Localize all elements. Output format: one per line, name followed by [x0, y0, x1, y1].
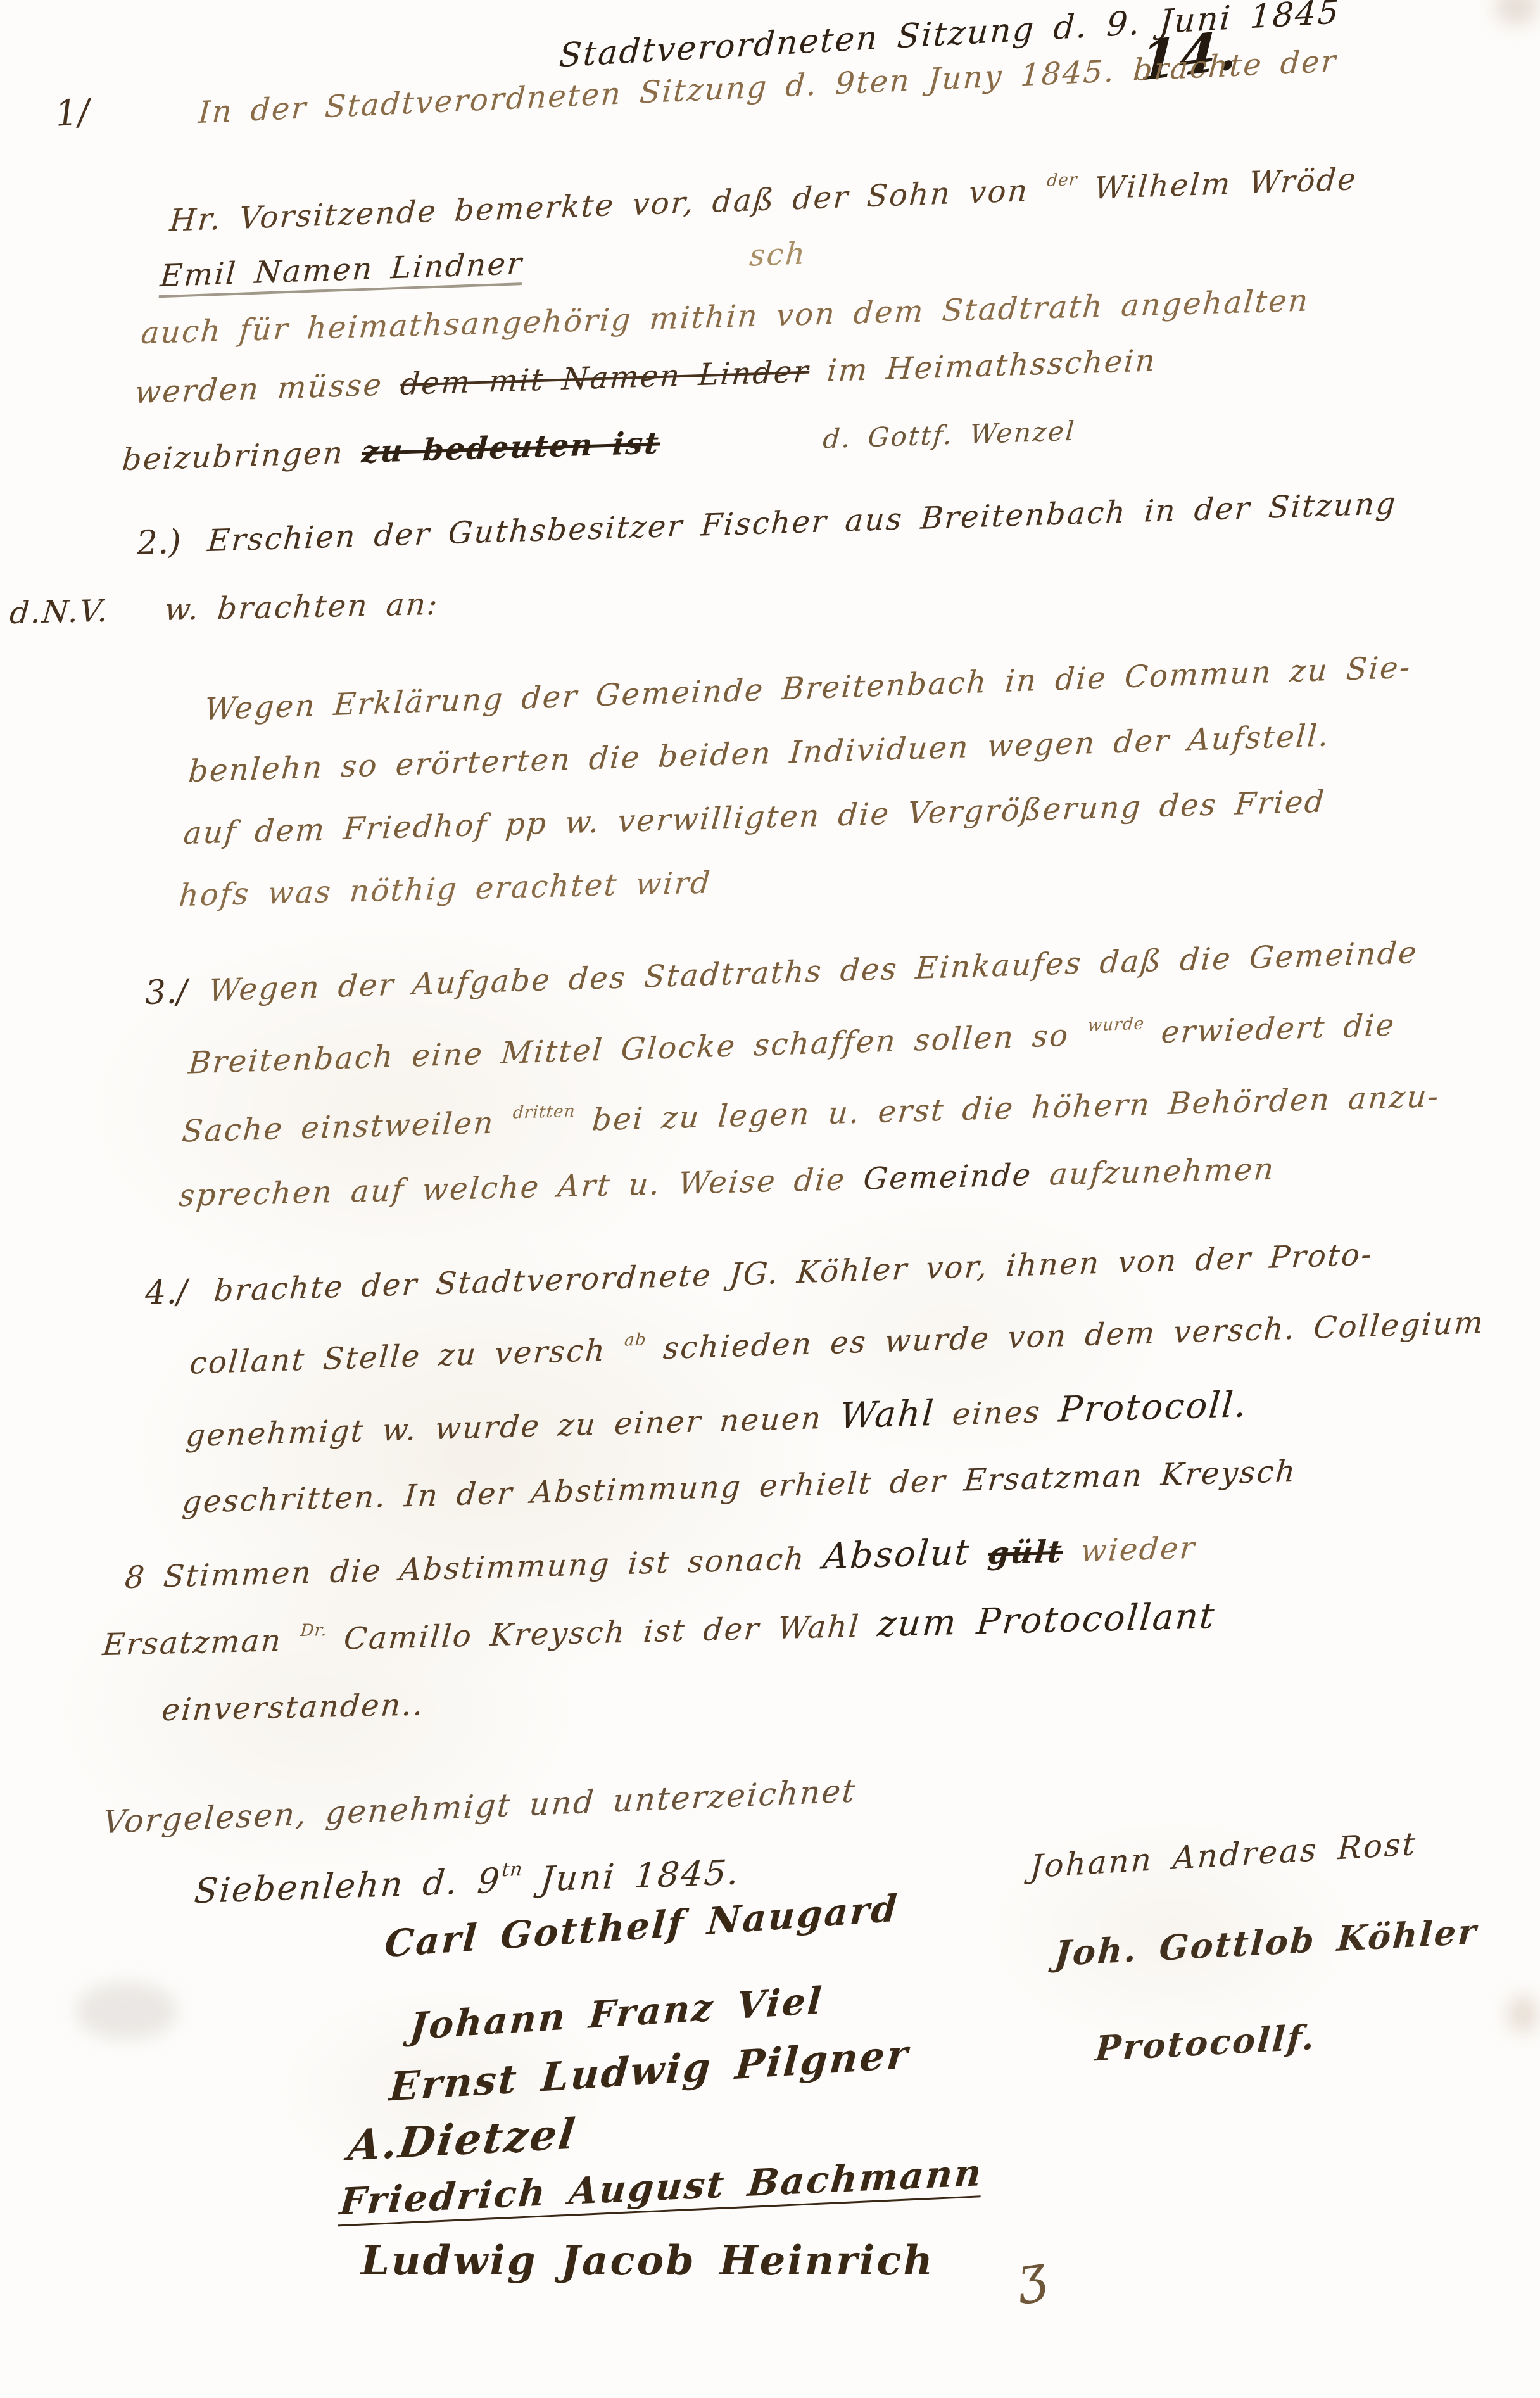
signature-flourish: ʒ	[1013, 2243, 1052, 2306]
signature-protocollf: Protocollf.	[1094, 2017, 1318, 2069]
item-2-marker: 2.)	[136, 523, 182, 562]
item-1-line-6: beizubringen zu bedeuten ist d. Gottf. W…	[121, 412, 1077, 478]
item-4-line-2: collant Stelle zu versch ab schieden es …	[189, 1304, 1486, 1381]
item-1-line-2-name: Wilhelm Wröde	[1093, 162, 1358, 206]
underlined-name: Emil Namen Lindner	[159, 246, 524, 294]
item-3-line-4-emphasis: Gemeinde	[862, 1157, 1033, 1197]
signature-viel: Johann Franz Viel	[408, 1979, 825, 2048]
signature-heinrich: Ludwig Jacob Heinrich	[361, 2237, 935, 2285]
struck-word: gült	[987, 1534, 1064, 1571]
item-4-name-kreysch: Ersatzman Kreysch	[962, 1454, 1297, 1499]
item-3-line-3: Sache einstweilen dritten bei zu legen u…	[180, 1077, 1441, 1150]
closing-statement: Vorgelesen, genehmigt und unterzeichnet	[101, 1772, 857, 1841]
item-4-line-6-text: Ersatzman	[101, 1623, 284, 1663]
item-1-line-2-text: Hr. Vorsitzende bemerkte vor, daß der So…	[168, 173, 1030, 239]
paper-stain	[1494, 0, 1539, 25]
signature-koehler: Joh. Gottlob Köhler	[1054, 1911, 1479, 1974]
item-4-word-absolut: Absolut	[821, 1532, 972, 1578]
item-3-line-1: Wegen der Aufgabe des Stadtraths des Ein…	[208, 935, 1419, 1008]
struck-text-name: dem mit Namen Linder	[399, 354, 811, 402]
clerk-signature: d. Gottf. Wenzel	[822, 416, 1076, 455]
item-4-line-5-post: wieder	[1080, 1530, 1197, 1569]
item-4-marker: 4./	[144, 1273, 188, 1312]
item-2-line-2-text: w. brachten an:	[163, 587, 441, 628]
paper-stain	[1507, 1995, 1539, 2033]
closing-place-date: Siebenlehn d. 9	[192, 1860, 502, 1911]
item-1-line-5: werden müsse dem mit Namen Linder im Hei…	[134, 343, 1158, 410]
item-1-line-5-text: werden müsse	[134, 367, 384, 410]
item-4-line-2-text: collant Stelle zu versch	[189, 1333, 608, 1381]
signature-rost: Johann Andreas Rost	[1029, 1825, 1418, 1886]
item-2-block-line-3: auf dem Friedhof pp w. verwilligten die …	[182, 784, 1327, 852]
item-4-line-3-mid: eines	[951, 1394, 1042, 1432]
item-4-line-6-superscript: Dr.	[300, 1620, 328, 1640]
item-4-line-3-text: genehmigt w. wurde zu einer neuen	[184, 1400, 823, 1454]
item-2-block-line-2: benlehn so erörterten die beiden Individ…	[187, 718, 1331, 789]
item-4-line-5-text: 8 Stimmen die Abstimmung ist sonach	[123, 1541, 807, 1595]
item-3-line-3-superscript: dritten	[512, 1101, 576, 1123]
item-1-marker: 1/	[54, 91, 91, 135]
struck-text-phrase: zu bedeuten ist	[360, 425, 661, 470]
item-4-line-4: geschritten. In der Abstimmung erhielt d…	[181, 1454, 1298, 1520]
manuscript-page: { "page_number": "14.", "header": "Stadt…	[0, 0, 1540, 2398]
item-3-line-4-post: aufzunehmen	[1048, 1151, 1276, 1193]
item-4-word-protocollant: zum Protocollant	[876, 1595, 1217, 1645]
item-3-line-2: Breitenbach eine Mittel Glocke schaffen …	[187, 1006, 1397, 1081]
item-2-line-2-abbrev: d.N.V.	[8, 593, 110, 631]
item-1-line-5-post: im Heimathsschein	[826, 343, 1158, 389]
item-2-block-line-4: hofs was nöthig erachtet wird	[177, 865, 712, 913]
item-1-line-3-tail: sch	[748, 236, 808, 273]
item-4-line-5: 8 Stimmen die Abstimmung ist sonach Abso…	[123, 1526, 1197, 1597]
closing-date-year: Juni 1845.	[539, 1852, 742, 1899]
item-3-marker: 3./	[144, 973, 188, 1012]
item-2-line-2: d.N.V. w. brachten an:	[8, 587, 440, 631]
item-1-line-3: Emil Namen Lindner sch	[159, 236, 807, 294]
item-4-line-1: brachte der Stadtverordnete JG. Köhler v…	[213, 1236, 1374, 1309]
closing-date-superscript: tn	[501, 1858, 524, 1881]
paper-stain	[76, 1982, 177, 2040]
item-3-line-4-text: sprechen auf welche Art u. Weise die	[177, 1162, 847, 1214]
signature-dietzel: A.Dietzel	[345, 2109, 579, 2170]
item-3-line-2-post: erwiedert die	[1160, 1008, 1397, 1051]
item-4-line-6-mid: Camillo Kreysch ist der Wahl	[343, 1609, 861, 1657]
item-3-line-3-post: bei zu legen u. erst die höhern Behörden…	[591, 1079, 1441, 1138]
item-4-word-wahl: Wahl	[838, 1393, 937, 1437]
item-4-line-6: Ersatzman Dr. Camillo Kreysch ist der Wa…	[101, 1595, 1217, 1664]
item-4-line-7: einverstanden..	[160, 1687, 426, 1728]
closing-dateline: Siebenlehn d. 9tn Juni 1845.	[192, 1851, 742, 1912]
item-1-line-6-text: beizubringen	[121, 435, 346, 478]
item-4-line-4-text: geschritten. In der Abstimmung erhielt d…	[181, 1463, 948, 1520]
item-2-block-line-1: Wegen Erklärung der Gemeinde Breitenbach…	[203, 649, 1413, 727]
item-1-line-4: auch für heimathsangehörig mithin von de…	[140, 282, 1311, 351]
item-1-line-2-superscript: der	[1046, 170, 1078, 191]
item-4-line-2-post: schieden es wurde von dem versch. Colleg…	[662, 1305, 1486, 1366]
item-3-line-4: sprechen auf welche Art u. Weise die Gem…	[177, 1151, 1276, 1214]
item-4-word-protocoll: Protocoll.	[1057, 1384, 1249, 1430]
item-4-line-2-superscript: ab	[624, 1329, 647, 1350]
item-3-line-3-text: Sache einstweilen	[180, 1105, 496, 1150]
item-2-line-1: Erschien der Guthsbesitzer Fischer aus B…	[206, 486, 1398, 559]
item-3-line-2-text: Breitenbach eine Mittel Glocke schaffen …	[187, 1018, 1071, 1081]
item-1-line-2: Hr. Vorsitzende bemerkte vor, daß der So…	[168, 160, 1358, 239]
item-4-line-3: genehmigt w. wurde zu einer neuen Wahl e…	[184, 1384, 1249, 1455]
item-3-line-2-superscript: wurde	[1087, 1014, 1145, 1036]
